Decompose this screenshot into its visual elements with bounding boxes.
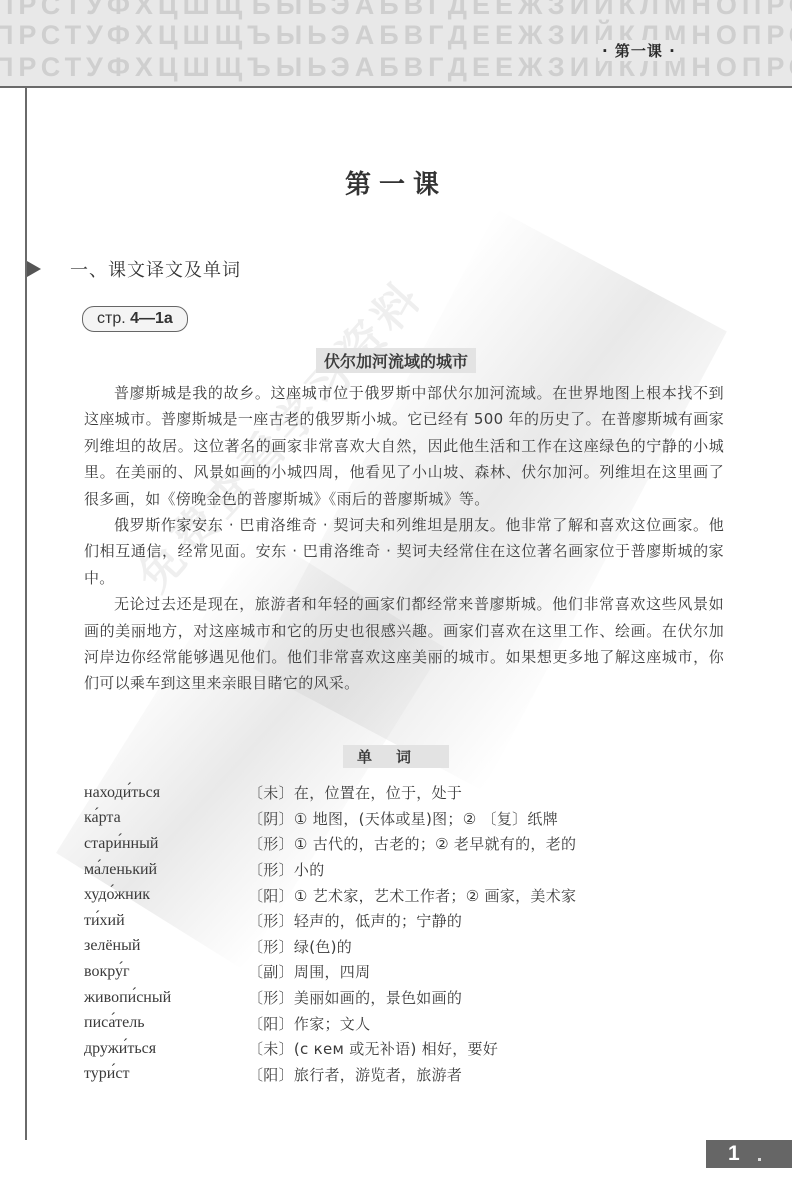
vocab-word: вокру́г: [84, 963, 248, 981]
vocab-definition: 〔阳〕旅行者，游览者，旅游者: [248, 1064, 462, 1085]
section-title: 一、课文译文及单词: [70, 256, 241, 282]
vocab-item: живопи́сный〔形〕美丽如画的，景色如画的: [84, 985, 704, 1011]
page-header: ПРСТУФХЦШЩЪЫЬЭАБВГДЕЕЖЗИЙКЛМНОПРСТУФ ПРС…: [0, 0, 792, 88]
vocab-title-label: 单词: [343, 745, 449, 768]
vocab-item: ка́рта〔阴〕① 地图，(天体或星)图；② 〔复〕纸牌: [84, 806, 704, 832]
lesson-title: 第一课: [0, 164, 792, 201]
left-margin-rule: [25, 88, 27, 1140]
vocab-definition: 〔副〕周围，四周: [248, 961, 370, 982]
vocab-item: тури́ст〔阳〕旅行者，游览者，旅游者: [84, 1062, 704, 1088]
vocab-item: стари́нный〔形〕① 古代的，古老的；② 老早就有的，老的: [84, 831, 704, 857]
vocab-definition: 〔阴〕① 地图，(天体或星)图；② 〔复〕纸牌: [248, 808, 558, 829]
vocab-word: худо́жник: [84, 886, 248, 904]
page-number: 1: [728, 1142, 740, 1166]
vocab-word: писа́тель: [84, 1014, 248, 1032]
vocab-definition: 〔未〕(с кем 或无补语) 相好，要好: [248, 1038, 498, 1059]
section-arrow-icon: [27, 261, 41, 277]
vocab-word: дружи́ться: [84, 1040, 248, 1058]
page-number-dot: [758, 1158, 761, 1161]
text-title-label: 伏尔加河流域的城市: [316, 348, 476, 373]
running-head-chapter: · 第一课 ·: [598, 40, 680, 61]
vocab-list: находи́ться〔未〕在，位置在，位于，处于 ка́рта〔阴〕① 地图，…: [84, 780, 704, 1087]
page-ref-prefix: стр.: [97, 310, 130, 327]
vocab-definition: 〔形〕美丽如画的，景色如画的: [248, 987, 462, 1008]
vocab-word: ти́хий: [84, 912, 248, 930]
vocab-word: живопи́сный: [84, 989, 248, 1007]
text-title: 伏尔加河流域的城市: [0, 348, 792, 373]
vocab-item: ти́хий〔形〕轻声的，低声的；宁静的: [84, 908, 704, 934]
vocab-word: стари́нный: [84, 835, 248, 853]
vocab-definition: 〔形〕绿(色)的: [248, 936, 352, 957]
vocab-item: ма́ленький〔形〕小的: [84, 857, 704, 883]
vocab-word: ка́рта: [84, 809, 248, 827]
vocab-definition: 〔阳〕作家；文人: [248, 1013, 370, 1034]
vocab-definition: 〔未〕在，位置在，位于，处于: [248, 782, 462, 803]
vocab-word: находи́ться: [84, 784, 248, 802]
vocab-item: находи́ться〔未〕在，位置在，位于，处于: [84, 780, 704, 806]
paragraph: 普廖斯城是我的故乡。这座城市位于俄罗斯中部伏尔加河流域。在世界地图上根本找不到这…: [84, 380, 724, 512]
vocab-definition: 〔形〕小的: [248, 859, 325, 880]
page-number-tab: 1: [706, 1140, 792, 1168]
page-ref-number: 4—1а: [130, 310, 173, 327]
header-alphabet-row: ПРСТУФХЦШЩЪЫЬЭАБВГДЕЕЖЗИЙКЛМНОПРСТУФ: [0, 0, 792, 21]
vocab-definition: 〔阳〕① 艺术家，艺术工作者；② 画家，美术家: [248, 885, 576, 906]
vocab-item: зелёный〔形〕绿(色)的: [84, 934, 704, 960]
vocab-item: вокру́г〔副〕周围，四周: [84, 959, 704, 985]
vocab-definition: 〔形〕① 古代的，古老的；② 老早就有的，老的: [248, 833, 576, 854]
page-reference-badge: стр. 4—1а: [82, 306, 188, 332]
vocab-word: ма́ленький: [84, 861, 248, 879]
vocab-item: писа́тель〔阳〕作家；文人: [84, 1010, 704, 1036]
paragraph: 俄罗斯作家安东 · 巴甫洛维奇 · 契诃夫和列维坦是朋友。他非常了解和喜欢这位画…: [84, 512, 724, 591]
header-rule: [0, 86, 792, 88]
body-text: 普廖斯城是我的故乡。这座城市位于俄罗斯中部伏尔加河流域。在世界地图上根本找不到这…: [84, 380, 724, 697]
vocab-item: дружи́ться〔未〕(с кем 或无补语) 相好，要好: [84, 1036, 704, 1062]
vocab-definition: 〔形〕轻声的，低声的；宁静的: [248, 910, 462, 931]
vocab-item: худо́жник〔阳〕① 艺术家，艺术工作者；② 画家，美术家: [84, 882, 704, 908]
vocab-word: тури́ст: [84, 1065, 248, 1083]
vocab-title: 单词: [0, 745, 792, 768]
paragraph: 无论过去还是现在，旅游者和年轻的画家们都经常来普廖斯城。他们非常喜欢这些风景如画…: [84, 591, 724, 697]
vocab-word: зелёный: [84, 937, 248, 955]
